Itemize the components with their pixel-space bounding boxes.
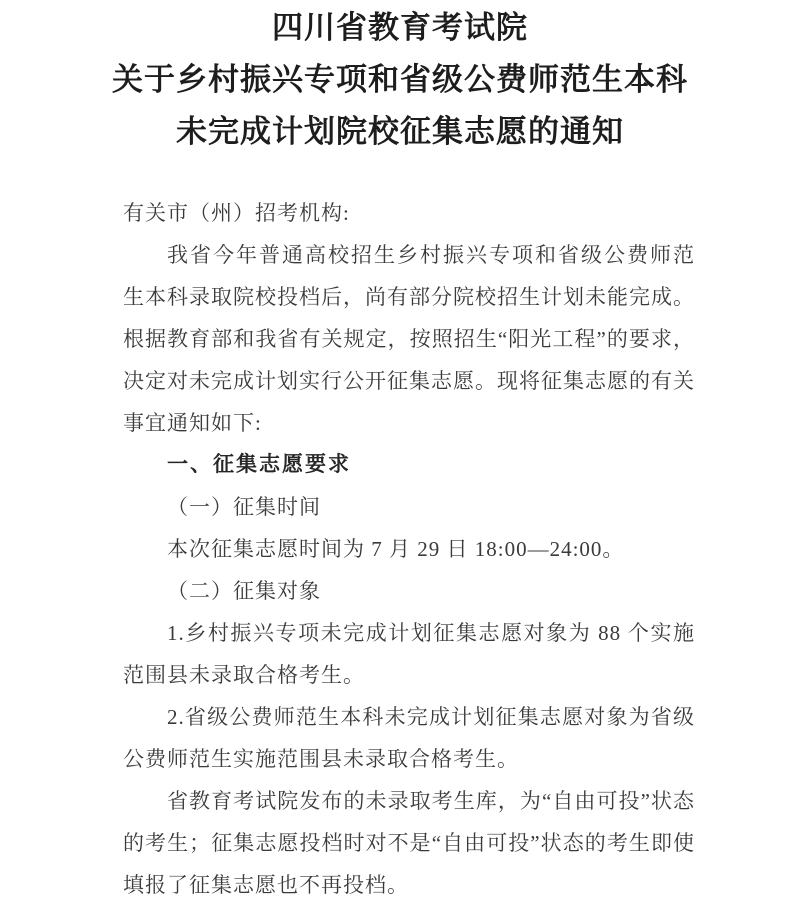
document-title-line-2: 关于乡村振兴专项和省级公费师范生本科 — [0, 54, 800, 106]
status-paragraph-line: 省教育考试院发布的未录取考生库，为“自由可投”状态 — [123, 780, 695, 822]
document-page: 四川省教育考试院 关于乡村振兴专项和省级公费师范生本科 未完成计划院校征集志愿的… — [0, 0, 800, 910]
intro-paragraph-line: 生本科录取院校投档后，尚有部分院校招生计划未能完成。 — [123, 276, 695, 318]
collection-time-line: 本次征集志愿时间为 7 月 29 日 18:00—24:00。 — [123, 528, 695, 570]
document-body: 有关市（州）招考机构: 我省今年普通高校招生乡村振兴专项和省级公费师范 生本科录… — [123, 192, 695, 906]
section-1-heading: 一、征集志愿要求 — [123, 444, 695, 486]
item-1-line: 1.乡村振兴专项未完成计划征集志愿对象为 88 个实施 — [123, 612, 695, 654]
document-title-line-1: 四川省教育考试院 — [0, 2, 800, 54]
intro-paragraph-line: 决定对未完成计划实行公开征集志愿。现将征集志愿的有关 — [123, 360, 695, 402]
item-1-line: 范围县未录取合格考生。 — [123, 654, 695, 696]
intro-paragraph-line: 事宜通知如下: — [123, 402, 695, 444]
document-title: 四川省教育考试院 关于乡村振兴专项和省级公费师范生本科 未完成计划院校征集志愿的… — [0, 0, 800, 158]
intro-paragraph-line: 根据教育部和我省有关规定，按照招生“阳光工程”的要求， — [123, 318, 695, 360]
salutation: 有关市（州）招考机构: — [123, 192, 695, 234]
subsection-1-2-heading: （二）征集对象 — [123, 570, 695, 612]
document-title-line-3: 未完成计划院校征集志愿的通知 — [0, 106, 800, 158]
item-2-line: 2.省级公费师范生本科未完成计划征集志愿对象为省级 — [123, 696, 695, 738]
status-paragraph-line: 的考生；征集志愿投档时对不是“自由可投”状态的考生即使 — [123, 822, 695, 864]
item-2-line: 公费师范生实施范围县未录取合格考生。 — [123, 738, 695, 780]
intro-paragraph-line: 我省今年普通高校招生乡村振兴专项和省级公费师范 — [123, 234, 695, 276]
subsection-1-1-heading: （一）征集时间 — [123, 486, 695, 528]
status-paragraph-line: 填报了征集志愿也不再投档。 — [123, 864, 695, 906]
